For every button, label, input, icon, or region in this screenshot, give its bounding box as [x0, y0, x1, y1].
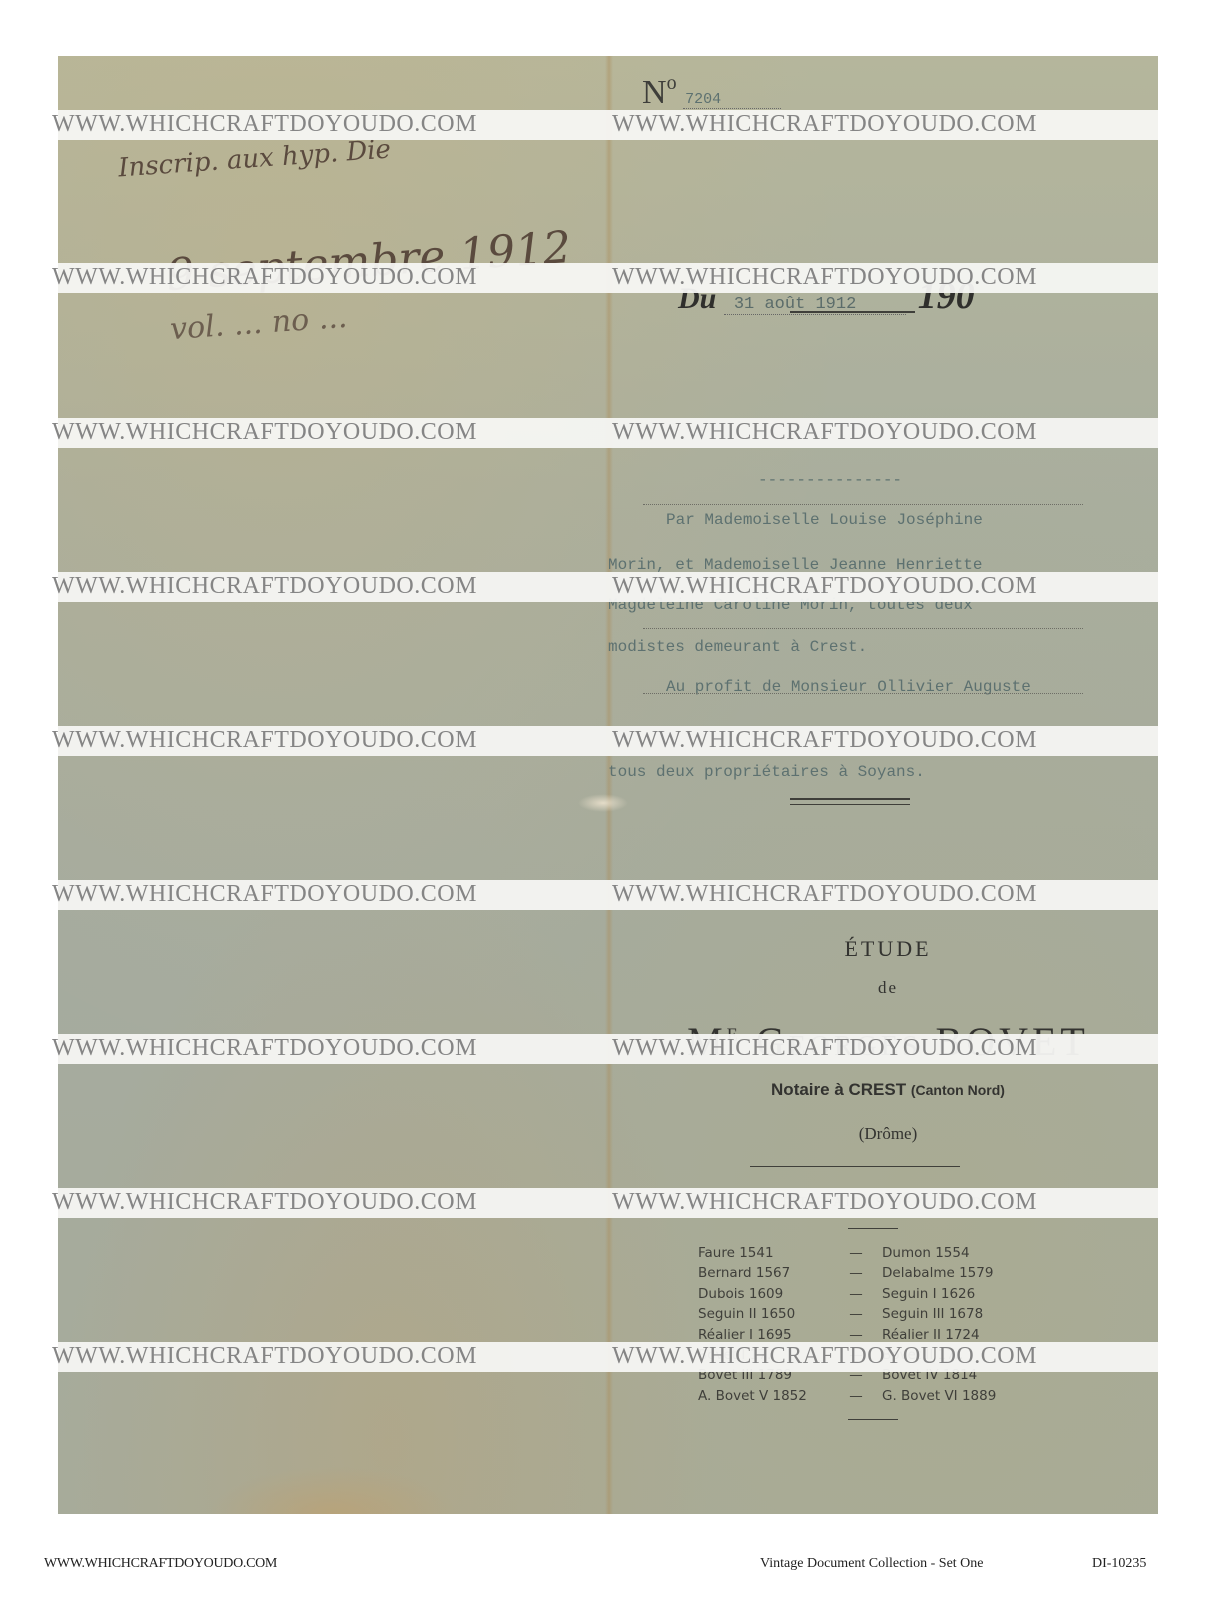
- watermark-text: WWW.WHICHCRAFTDOYOUDO.COM: [612, 264, 1037, 291]
- typed-line-4: modistes demeurant à Crest.: [608, 638, 867, 656]
- number-value: 7204: [683, 91, 781, 109]
- ornament-rule-small: [848, 1419, 898, 1420]
- watermark-text: WWW.WHICHCRAFTDOYOUDO.COM: [612, 1189, 1037, 1216]
- notary-location: Notaire à CREST (Canton Nord): [618, 1080, 1158, 1100]
- watermark-text: WWW.WHICHCRAFTDOYOUDO.COM: [612, 881, 1037, 908]
- watermark-text: WWW.WHICHCRAFTDOYOUDO.COM: [612, 573, 1037, 600]
- list-item: Faure 1541—Dumon 1554: [698, 1243, 1098, 1263]
- watermark-text: WWW.WHICHCRAFTDOYOUDO.COM: [52, 419, 477, 446]
- ornament-rule-small: [848, 1228, 898, 1229]
- footer-site: WWW.WHICHCRAFTDOYOUDO.COM: [44, 1556, 277, 1572]
- footer-id: DI-10235: [1092, 1556, 1146, 1572]
- separator: —: [830, 1284, 882, 1304]
- watermark-text: WWW.WHICHCRAFTDOYOUDO.COM: [612, 111, 1037, 138]
- footer-collection: Vintage Document Collection - Set One: [760, 1556, 984, 1572]
- list-item: A. Bovet V 1852—G. Bovet VI 1889: [698, 1386, 1098, 1406]
- watermark-text: WWW.WHICHCRAFTDOYOUDO.COM: [52, 111, 477, 138]
- double-rule: [790, 798, 910, 805]
- watermark-band: WWW.WHICHCRAFTDOYOUDO.COMWWW.WHICHCRAFTD…: [58, 1188, 1158, 1218]
- watermark-text: WWW.WHICHCRAFTDOYOUDO.COM: [612, 1035, 1037, 1062]
- titulaire-left: Faure 1541: [698, 1243, 830, 1263]
- watermark-text: WWW.WHICHCRAFTDOYOUDO.COM: [612, 1343, 1037, 1370]
- department: (Drôme): [618, 1124, 1158, 1144]
- canton-text: (Canton Nord): [911, 1082, 1005, 1098]
- watermark-text: WWW.WHICHCRAFTDOYOUDO.COM: [52, 727, 477, 754]
- watermark-band: WWW.WHICHCRAFTDOYOUDO.COMWWW.WHICHCRAFTD…: [58, 110, 1158, 140]
- dotted-rule: [643, 693, 1083, 694]
- list-item: Dubois 1609—Seguin I 1626: [698, 1284, 1098, 1304]
- separator: —: [830, 1243, 882, 1263]
- paper-stain: [208, 1466, 458, 1514]
- separator: —: [830, 1386, 882, 1406]
- watermark-band: WWW.WHICHCRAFTDOYOUDO.COMWWW.WHICHCRAFTD…: [58, 418, 1158, 448]
- watermark-band: WWW.WHICHCRAFTDOYOUDO.COMWWW.WHICHCRAFTD…: [58, 880, 1158, 910]
- fold-tear: [578, 794, 628, 812]
- document-number: No 7204: [642, 72, 781, 112]
- titulaire-left: A. Bovet V 1852: [698, 1386, 830, 1406]
- watermark-text: WWW.WHICHCRAFTDOYOUDO.COM: [52, 264, 477, 291]
- ornament-rule: [750, 1166, 960, 1167]
- titulaire-left: Dubois 1609: [698, 1284, 830, 1304]
- titulaire-right: Dumon 1554: [882, 1243, 1098, 1263]
- typed-separator: ---------------: [758, 471, 902, 489]
- number-sup: o: [667, 72, 677, 94]
- watermark-text: WWW.WHICHCRAFTDOYOUDO.COM: [52, 1035, 477, 1062]
- titulaire-right: G. Bovet VI 1889: [882, 1386, 1098, 1406]
- watermark-text: WWW.WHICHCRAFTDOYOUDO.COM: [52, 1189, 477, 1216]
- etude-de: de: [618, 978, 1158, 998]
- titulaire-right: Seguin III 1678: [882, 1304, 1098, 1324]
- dotted-rule: [643, 504, 1083, 505]
- list-item: Seguin II 1650—Seguin III 1678: [698, 1304, 1098, 1324]
- titulaire-right: Delabalme 1579: [882, 1263, 1098, 1283]
- typed-line-7: tous deux propriétaires à Soyans.: [608, 763, 925, 781]
- rule-divider: [790, 311, 915, 313]
- list-item: Bernard 1567—Delabalme 1579: [698, 1263, 1098, 1283]
- titulaire-left: Seguin II 1650: [698, 1304, 830, 1324]
- watermark-band: WWW.WHICHCRAFTDOYOUDO.COMWWW.WHICHCRAFTD…: [58, 263, 1158, 293]
- separator: —: [830, 1304, 882, 1324]
- watermark-text: WWW.WHICHCRAFTDOYOUDO.COM: [612, 727, 1037, 754]
- titulaire-left: Bernard 1567: [698, 1263, 830, 1283]
- watermark-band: WWW.WHICHCRAFTDOYOUDO.COMWWW.WHICHCRAFTD…: [58, 1034, 1158, 1064]
- typed-line-1: Par Mademoiselle Louise Joséphine: [666, 511, 983, 529]
- titulaires-list: Faure 1541—Dumon 1554 Bernard 1567—Delab…: [698, 1243, 1098, 1406]
- watermark-text: WWW.WHICHCRAFTDOYOUDO.COM: [612, 419, 1037, 446]
- titulaire-right: Seguin I 1626: [882, 1284, 1098, 1304]
- number-label: N: [642, 74, 667, 111]
- dotted-rule: [643, 628, 1083, 629]
- watermark-band: WWW.WHICHCRAFTDOYOUDO.COMWWW.WHICHCRAFTD…: [58, 726, 1158, 756]
- handwriting-line-1: Inscrip. aux hyp. Die: [117, 135, 392, 184]
- watermark-band: WWW.WHICHCRAFTDOYOUDO.COMWWW.WHICHCRAFTD…: [58, 1342, 1158, 1372]
- etude-title: ÉTUDE: [618, 936, 1158, 962]
- handwriting-line-3: vol. ... no ...: [169, 300, 348, 347]
- watermark-text: WWW.WHICHCRAFTDOYOUDO.COM: [52, 573, 477, 600]
- watermark-text: WWW.WHICHCRAFTDOYOUDO.COM: [52, 1343, 477, 1370]
- watermark-text: WWW.WHICHCRAFTDOYOUDO.COM: [52, 881, 477, 908]
- separator: —: [830, 1263, 882, 1283]
- watermark-band: WWW.WHICHCRAFTDOYOUDO.COMWWW.WHICHCRAFTD…: [58, 572, 1158, 602]
- notaire-text: Notaire à CREST: [771, 1080, 906, 1099]
